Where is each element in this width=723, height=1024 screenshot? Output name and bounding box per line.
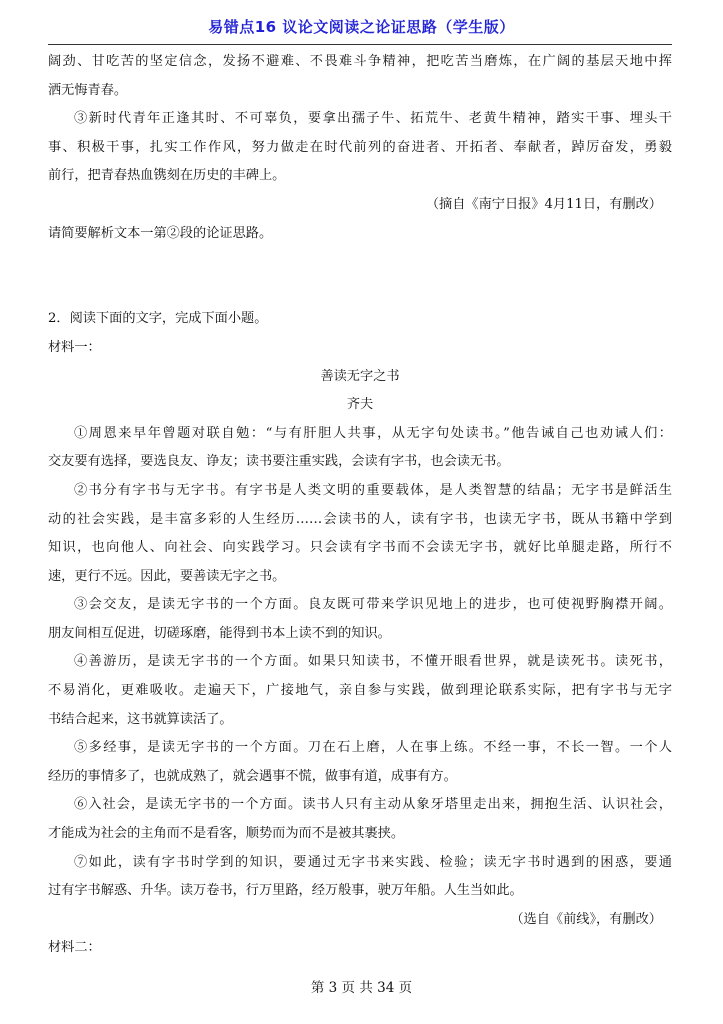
paragraph-line: ④善游历，是读无字书的一个方面。如果只知读书，不懂开眼看世界，就是读死书。读死书… bbox=[48, 648, 672, 677]
paragraph-line: 速，更行不远。因此，要善读无字之书。 bbox=[48, 563, 672, 592]
material-label: 材料一： bbox=[48, 334, 672, 363]
page-header-title: 易错点16 议论文阅读之论证思路（学生版） bbox=[0, 16, 723, 37]
text-line: ③新时代青年正逢其时、不可辜负，要拿出孺子牛、拓荒牛、老黄牛精神，踏实干事、埋头… bbox=[48, 105, 672, 134]
paragraph-line: 才能成为社会的主角而不是看客，顺势而为而不是被其裹挟。 bbox=[48, 820, 672, 849]
header-divider bbox=[48, 44, 672, 45]
article-title: 善读无字之书 bbox=[48, 363, 672, 392]
spacer bbox=[48, 277, 672, 306]
question-text: 请简要解析文本一第②段的论证思路。 bbox=[48, 220, 672, 249]
paragraph-line: 交友要有选择，要选良友、诤友；读书要注重实践，会读有字书，也会读无书。 bbox=[48, 448, 672, 477]
paragraph-line: ①周恩来早年曾题对联自勉：“与有肝胆人共事，从无字句处读书。”他告诫自己也劝诫人… bbox=[48, 420, 672, 449]
text-line: 事、积极干事，扎实工作作风，努力做走在时代前列的奋进者、开拓者、奉献者，踔厉奋发… bbox=[48, 134, 672, 163]
paragraph-line: 知识，也向他人、向社会、向实践学习。只会读有字书而不会读无字书，就好比单腿走路，… bbox=[48, 534, 672, 563]
paragraph-line: 朋友间相互促进，切磋琢磨，能得到书本上读不到的知识。 bbox=[48, 620, 672, 649]
paragraph-line: ⑥入社会，是读无字书的一个方面。读书人只有主动从象牙塔里走出来，拥抱生活、认识社… bbox=[48, 791, 672, 820]
paragraph-line: 经历的事情多了，也就成熟了，就会遇事不慌，做事有道，成事有方。 bbox=[48, 763, 672, 792]
material-label: 材料二： bbox=[48, 934, 672, 963]
article-author: 齐夫 bbox=[48, 391, 672, 420]
document-body: 阔劲、甘吃苦的坚定信念，发扬不避难、不畏难斗争精神，把吃苦当磨炼，在广阔的基层天… bbox=[48, 48, 672, 963]
source-citation: （摘自《南宁日报》4月11日，有删改） bbox=[48, 191, 672, 220]
paragraph-line: ⑦如此，读有字书时学到的知识，要通过无字书来实践、检验；读无字书时遇到的困惑，要… bbox=[48, 849, 672, 878]
source-citation: （选自《前线》，有删改） bbox=[48, 906, 672, 935]
paragraph-line: ③会交友，是读无字书的一个方面。良友既可带来学识见地上的进步，也可使视野胸襟开阔… bbox=[48, 591, 672, 620]
paragraph-line: ⑤多经事，是读无字书的一个方面。刀在石上磨，人在事上练。不经一事，不长一智。一个… bbox=[48, 734, 672, 763]
text-line: 阔劲、甘吃苦的坚定信念，发扬不避难、不畏难斗争精神，把吃苦当磨炼，在广阔的基层天… bbox=[48, 48, 672, 77]
page-number: 第 3 页 共 34 页 bbox=[0, 976, 723, 996]
text-line: 前行，把青春热血镌刻在历史的丰碑上。 bbox=[48, 162, 672, 191]
paragraph-line: 过有字书解惑、升华。读万卷书，行万里路，经万般事，驶万年船。人生当如此。 bbox=[48, 877, 672, 906]
text-line: 洒无悔青春。 bbox=[48, 77, 672, 106]
paragraph-line: 动的社会实践，是丰富多彩的人生经历……会读书的人，读有字书，也读无字书，既从书籍… bbox=[48, 506, 672, 535]
paragraph-line: 书结合起来，这书就算读活了。 bbox=[48, 706, 672, 735]
paragraph-line: 不易消化，更难吸收。走遍天下，广接地气，亲自参与实践，做到理论联系实际，把有字书… bbox=[48, 677, 672, 706]
spacer bbox=[48, 248, 672, 277]
question-prompt: 2．阅读下面的文字，完成下面小题。 bbox=[48, 305, 672, 334]
paragraph-line: ②书分有字书与无字书。有字书是人类文明的重要载体，是人类智慧的结晶；无字书是鲜活… bbox=[48, 477, 672, 506]
